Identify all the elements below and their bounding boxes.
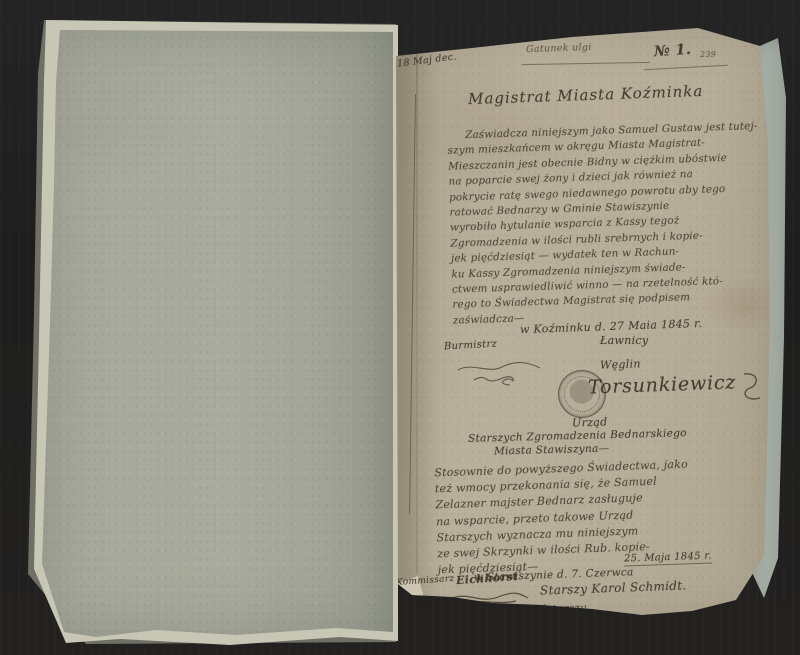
document-title: Magistrat Miasta Koźminka (468, 82, 704, 108)
number-underline (644, 65, 728, 70)
archival-scan-photo: { "scene": { "background_color": "#21212… (0, 0, 800, 655)
section2-heading-line2: Starszych Zgromadzenia Bednarskiego (468, 427, 687, 445)
signature-role-burmistrz: Burmistrz (444, 339, 498, 353)
right-document-page: 18 Maj dec. Gatunek ulgi № 1. 239 Magist… (392, 24, 774, 622)
margin-note-top-left: 18 Maj dec. (397, 51, 458, 69)
signature-karol-schmidt: Starszy Karol Schmidt. (540, 578, 687, 597)
caption-underline (522, 62, 650, 65)
signature-podstarszy: Podstarszy, (526, 602, 589, 616)
signature-name-weglin: Węglin (600, 357, 641, 371)
burmistrz-signature-flourish (454, 358, 546, 388)
left-blank-page (36, 24, 396, 642)
round-ink-seal-stamp (555, 367, 609, 421)
body-paragraph-1: Zaświadcza niniejszym jako Samuel Gustaw… (447, 119, 749, 328)
margin-note-bottom-role: Kommissarz (396, 574, 455, 588)
column-caption: Gatunek ulgi (526, 42, 592, 55)
signature-paraph-flourish (738, 370, 764, 404)
document-number-pencil: 239 (700, 50, 716, 59)
binding-thread (409, 94, 416, 514)
section2-heading-urzad: Urząd (572, 415, 608, 429)
bottom-signature-flourish (450, 590, 530, 606)
fold-crease (416, 54, 418, 574)
signature-role-lawnicy: Ławnicy (600, 334, 648, 347)
document-number: № 1. (653, 41, 691, 61)
section2-heading-line3: Miasta Stawiszyna— (494, 442, 610, 457)
signature-name-torsunkiewicz: Torsunkiewicz (588, 371, 737, 398)
